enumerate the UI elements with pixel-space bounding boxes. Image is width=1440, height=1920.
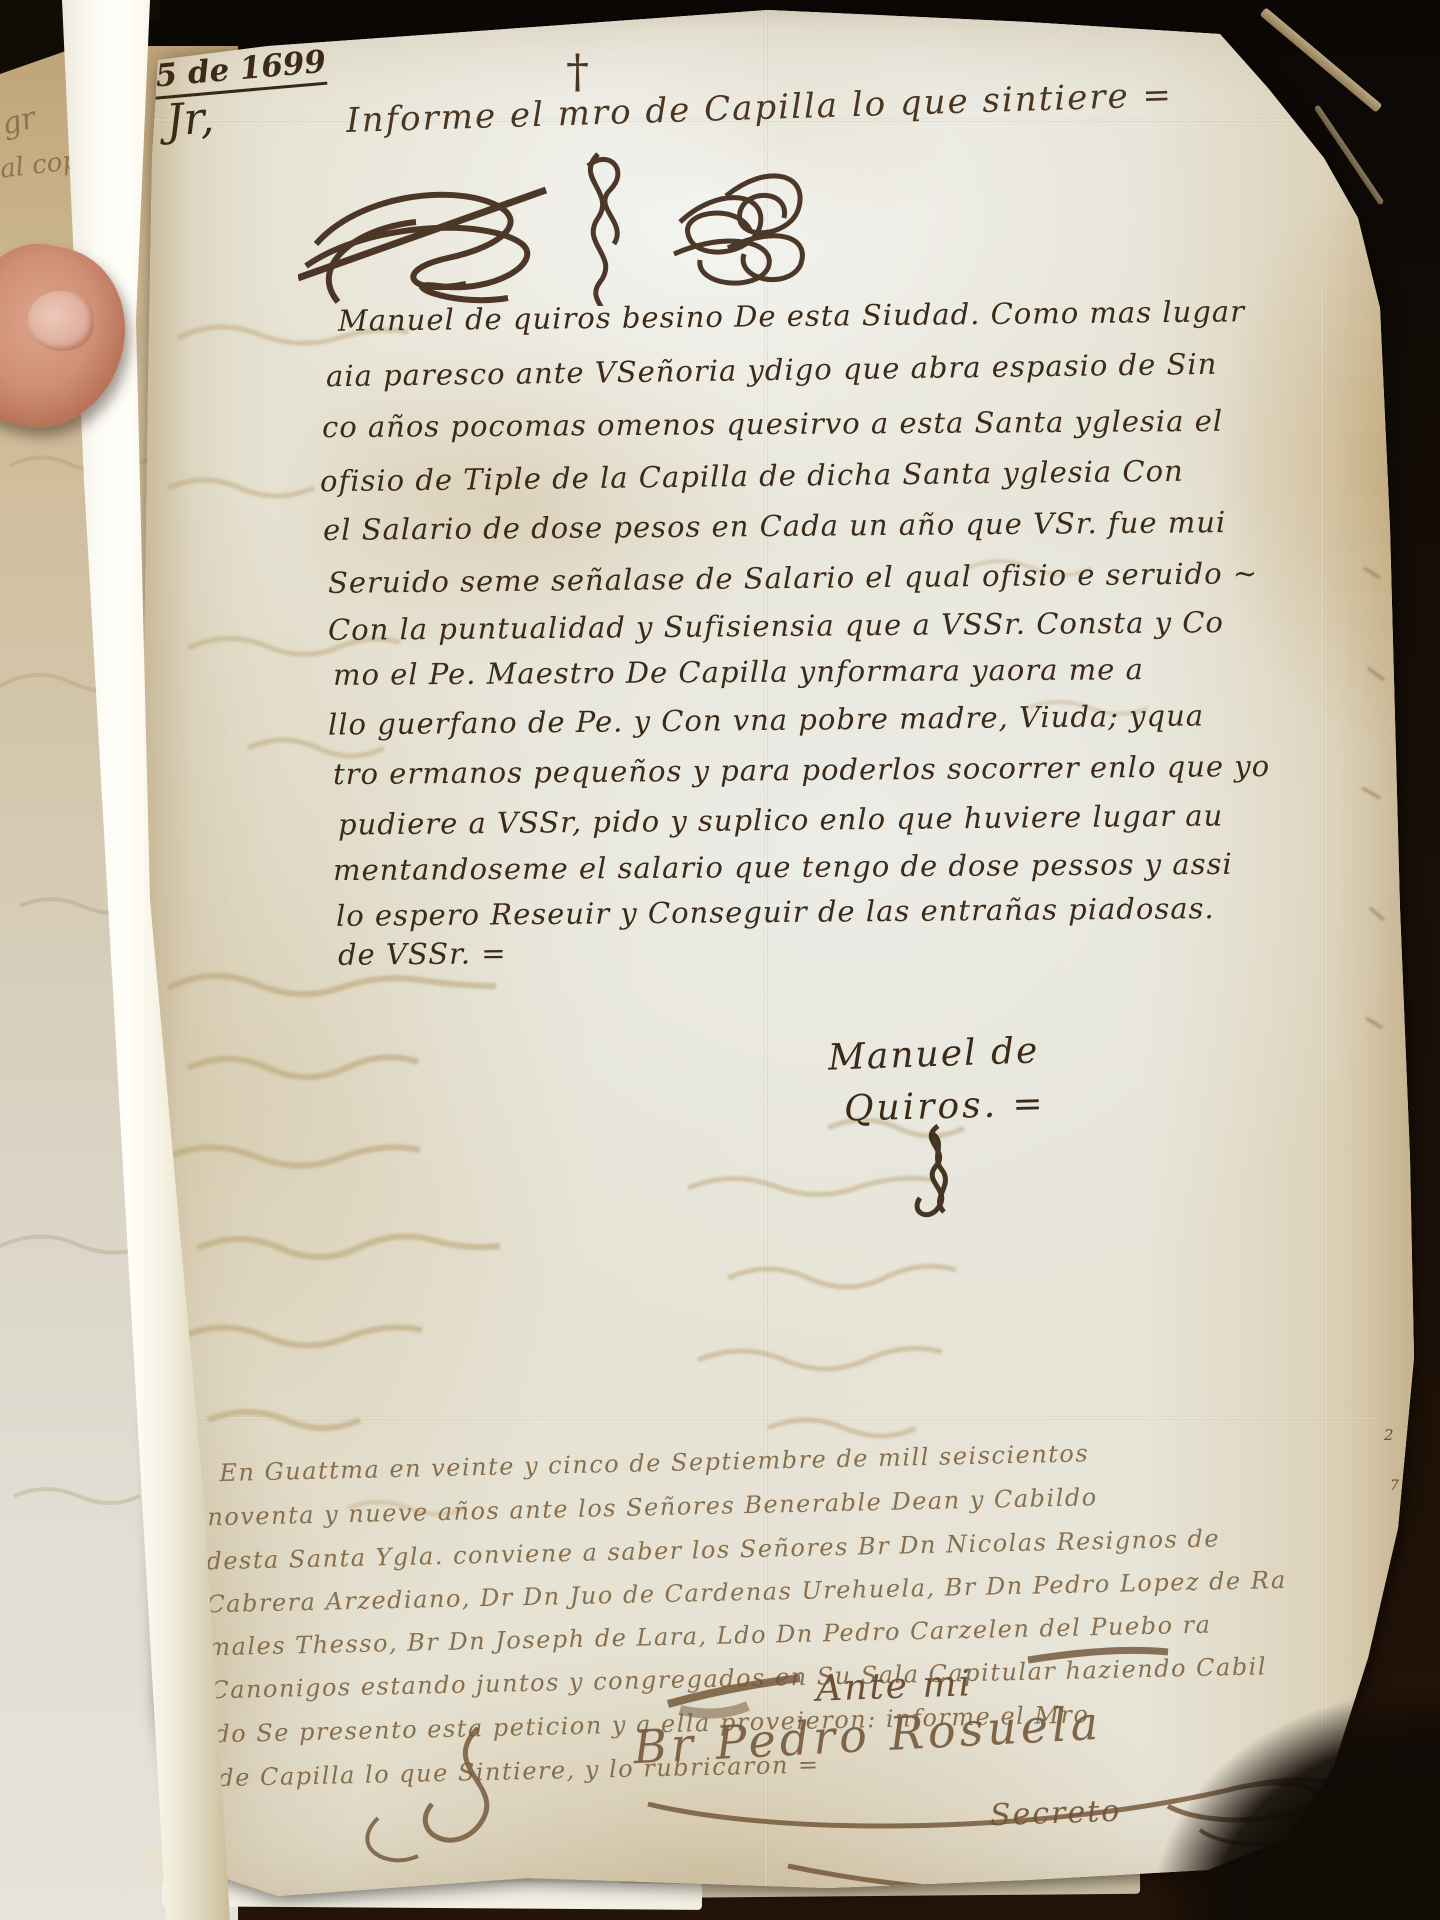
manuscript-page-wrap: 25 de 1699 Jr, † Informe el mro de Capil… — [128, 8, 1428, 1906]
adjacent-page-fragment: al cop — [0, 145, 80, 184]
petitioner-signature-rubric — [890, 1120, 980, 1230]
invocation-cross-icon: † — [566, 44, 589, 98]
dark-corner-shadow — [1150, 1688, 1440, 1920]
adjacent-page-fragment: gr — [0, 100, 39, 142]
edge-mark: 2 — [1384, 1426, 1394, 1444]
header-rubric-flourishes — [298, 126, 838, 306]
edge-mark: 7 — [1390, 1478, 1399, 1494]
petition-line: lo espero Reseuir y Conseguir de las ent… — [336, 894, 1215, 931]
petitioner-signature-name: Manuel de — [827, 1030, 1040, 1078]
petition-line: mentandoseme el salario que tengo de dos… — [333, 850, 1233, 885]
petition-line: Con la puntualidad y Sufisiensia que a V… — [328, 608, 1224, 645]
petition-line: el Salario de dose pesos en Cada un año … — [323, 508, 1226, 545]
petition-line: de VSSr. = — [338, 939, 507, 970]
manuscript-page: 25 de 1699 Jr, † Informe el mro de Capil… — [128, 8, 1428, 1906]
archival-mark: Jr, — [164, 92, 215, 146]
thumb-nail — [27, 290, 95, 352]
manuscript-photo: gr al cop — [0, 0, 1440, 1920]
petition-line: tro ermanos pequeños y para poderlos soc… — [333, 752, 1270, 789]
petition-line: mo el Pe. Maestro De Capilla ynformara y… — [333, 655, 1144, 690]
petition-line: co años pocomas omenos quesirvo a esta S… — [322, 407, 1223, 442]
